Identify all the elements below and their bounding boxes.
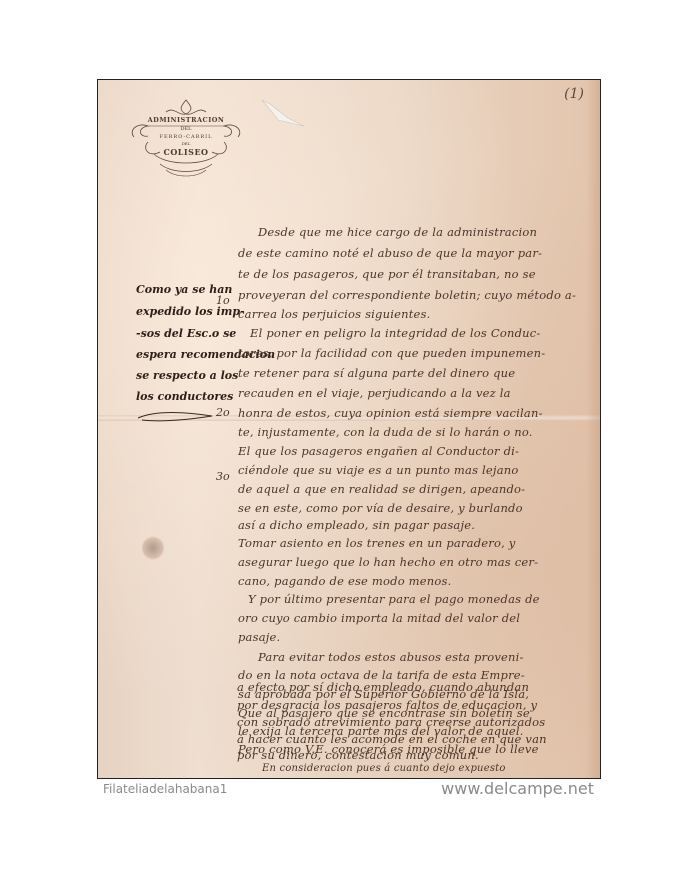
paper-edge-shadow xyxy=(586,80,600,778)
body-line: Para evitar todos estos abusos esta prov… xyxy=(258,650,524,664)
body-line: cano, pagando de ese modo menos. xyxy=(238,574,451,588)
body-line: asegurar luego que lo han hecho en otro … xyxy=(238,555,538,569)
paper-tear-icon xyxy=(258,98,308,128)
body-line: con sobrado atrevimiento para creerse au… xyxy=(237,715,545,729)
body-line: de aquel a que en realidad se dirigen, a… xyxy=(238,482,525,496)
body-line: te retener para sí alguna parte del dine… xyxy=(238,366,515,380)
body-line: por desgracia los pasajeros faltos de ed… xyxy=(237,698,537,712)
body-line: por su dinero, contestacion muy comun. xyxy=(237,748,479,762)
manuscript-document: ADMINISTRACION DEL FERRO-CARRIL DEL COLI… xyxy=(97,79,601,779)
body-line: Tomar asiento en los trenes en un parade… xyxy=(238,536,516,550)
body-line: a efecto por sí dicho empleado, cuando a… xyxy=(237,680,529,694)
body-line: Y por último presentar para el pago mone… xyxy=(248,592,540,606)
ink-blot xyxy=(142,536,164,560)
body-line: te, injustamente, con la duda de si lo h… xyxy=(238,425,533,439)
body-line: de este camino noté el abuso de que la m… xyxy=(238,246,542,260)
letterhead-stamp: ADMINISTRACION DEL FERRO-CARRIL DEL COLI… xyxy=(126,92,246,182)
flourish-icon xyxy=(136,408,216,424)
body-line: recauden en el viaje, perjudicando a la … xyxy=(238,386,511,400)
body-line: tores, por la facilidad con que pueden i… xyxy=(238,346,545,360)
body-line: se en este, como por vía de desaire, y b… xyxy=(238,501,523,515)
page-number: (1) xyxy=(564,86,584,102)
body-line: oro cuyo cambio importa la mitad del val… xyxy=(238,611,520,625)
margin-note-line: los conductores xyxy=(136,390,233,403)
margin-note-line: se respecto a los xyxy=(136,369,238,382)
body-line: proveyeran del correspondiente boletin; … xyxy=(238,288,576,302)
margin-note-line: -sos del Esc.o se xyxy=(136,327,236,340)
body-line: El poner en peligro la integridad de los… xyxy=(250,326,541,340)
body-line: ciéndole que su viaje es a un punto mas … xyxy=(238,463,518,477)
body-line: carrea los perjuicios siguientes. xyxy=(238,307,431,321)
paragraph-number: 3o xyxy=(216,470,230,483)
body-line: así a dicho empleado, sin pagar pasaje. xyxy=(238,518,475,532)
ornament-icon xyxy=(126,92,246,182)
paragraph-number: 2o xyxy=(216,406,230,419)
body-line: pasaje. xyxy=(238,630,280,644)
paragraph-number: 1o xyxy=(216,294,230,307)
body-line: honra de estos, cuya opinion está siempr… xyxy=(238,406,543,420)
body-line: En consideracion pues á cuanto dejo expu… xyxy=(262,763,506,774)
body-line: te de los pasageros, que por él transita… xyxy=(238,267,536,281)
site-watermark[interactable]: www.delcampe.net xyxy=(441,779,594,798)
body-line: Desde que me hice cargo de la administra… xyxy=(258,225,537,239)
body-line: á hacer cuanto les acomode en el coche e… xyxy=(237,732,547,746)
seller-name: Filateliadelahabana1 xyxy=(103,782,227,796)
body-line: El que los pasageros engañen al Conducto… xyxy=(238,444,519,458)
